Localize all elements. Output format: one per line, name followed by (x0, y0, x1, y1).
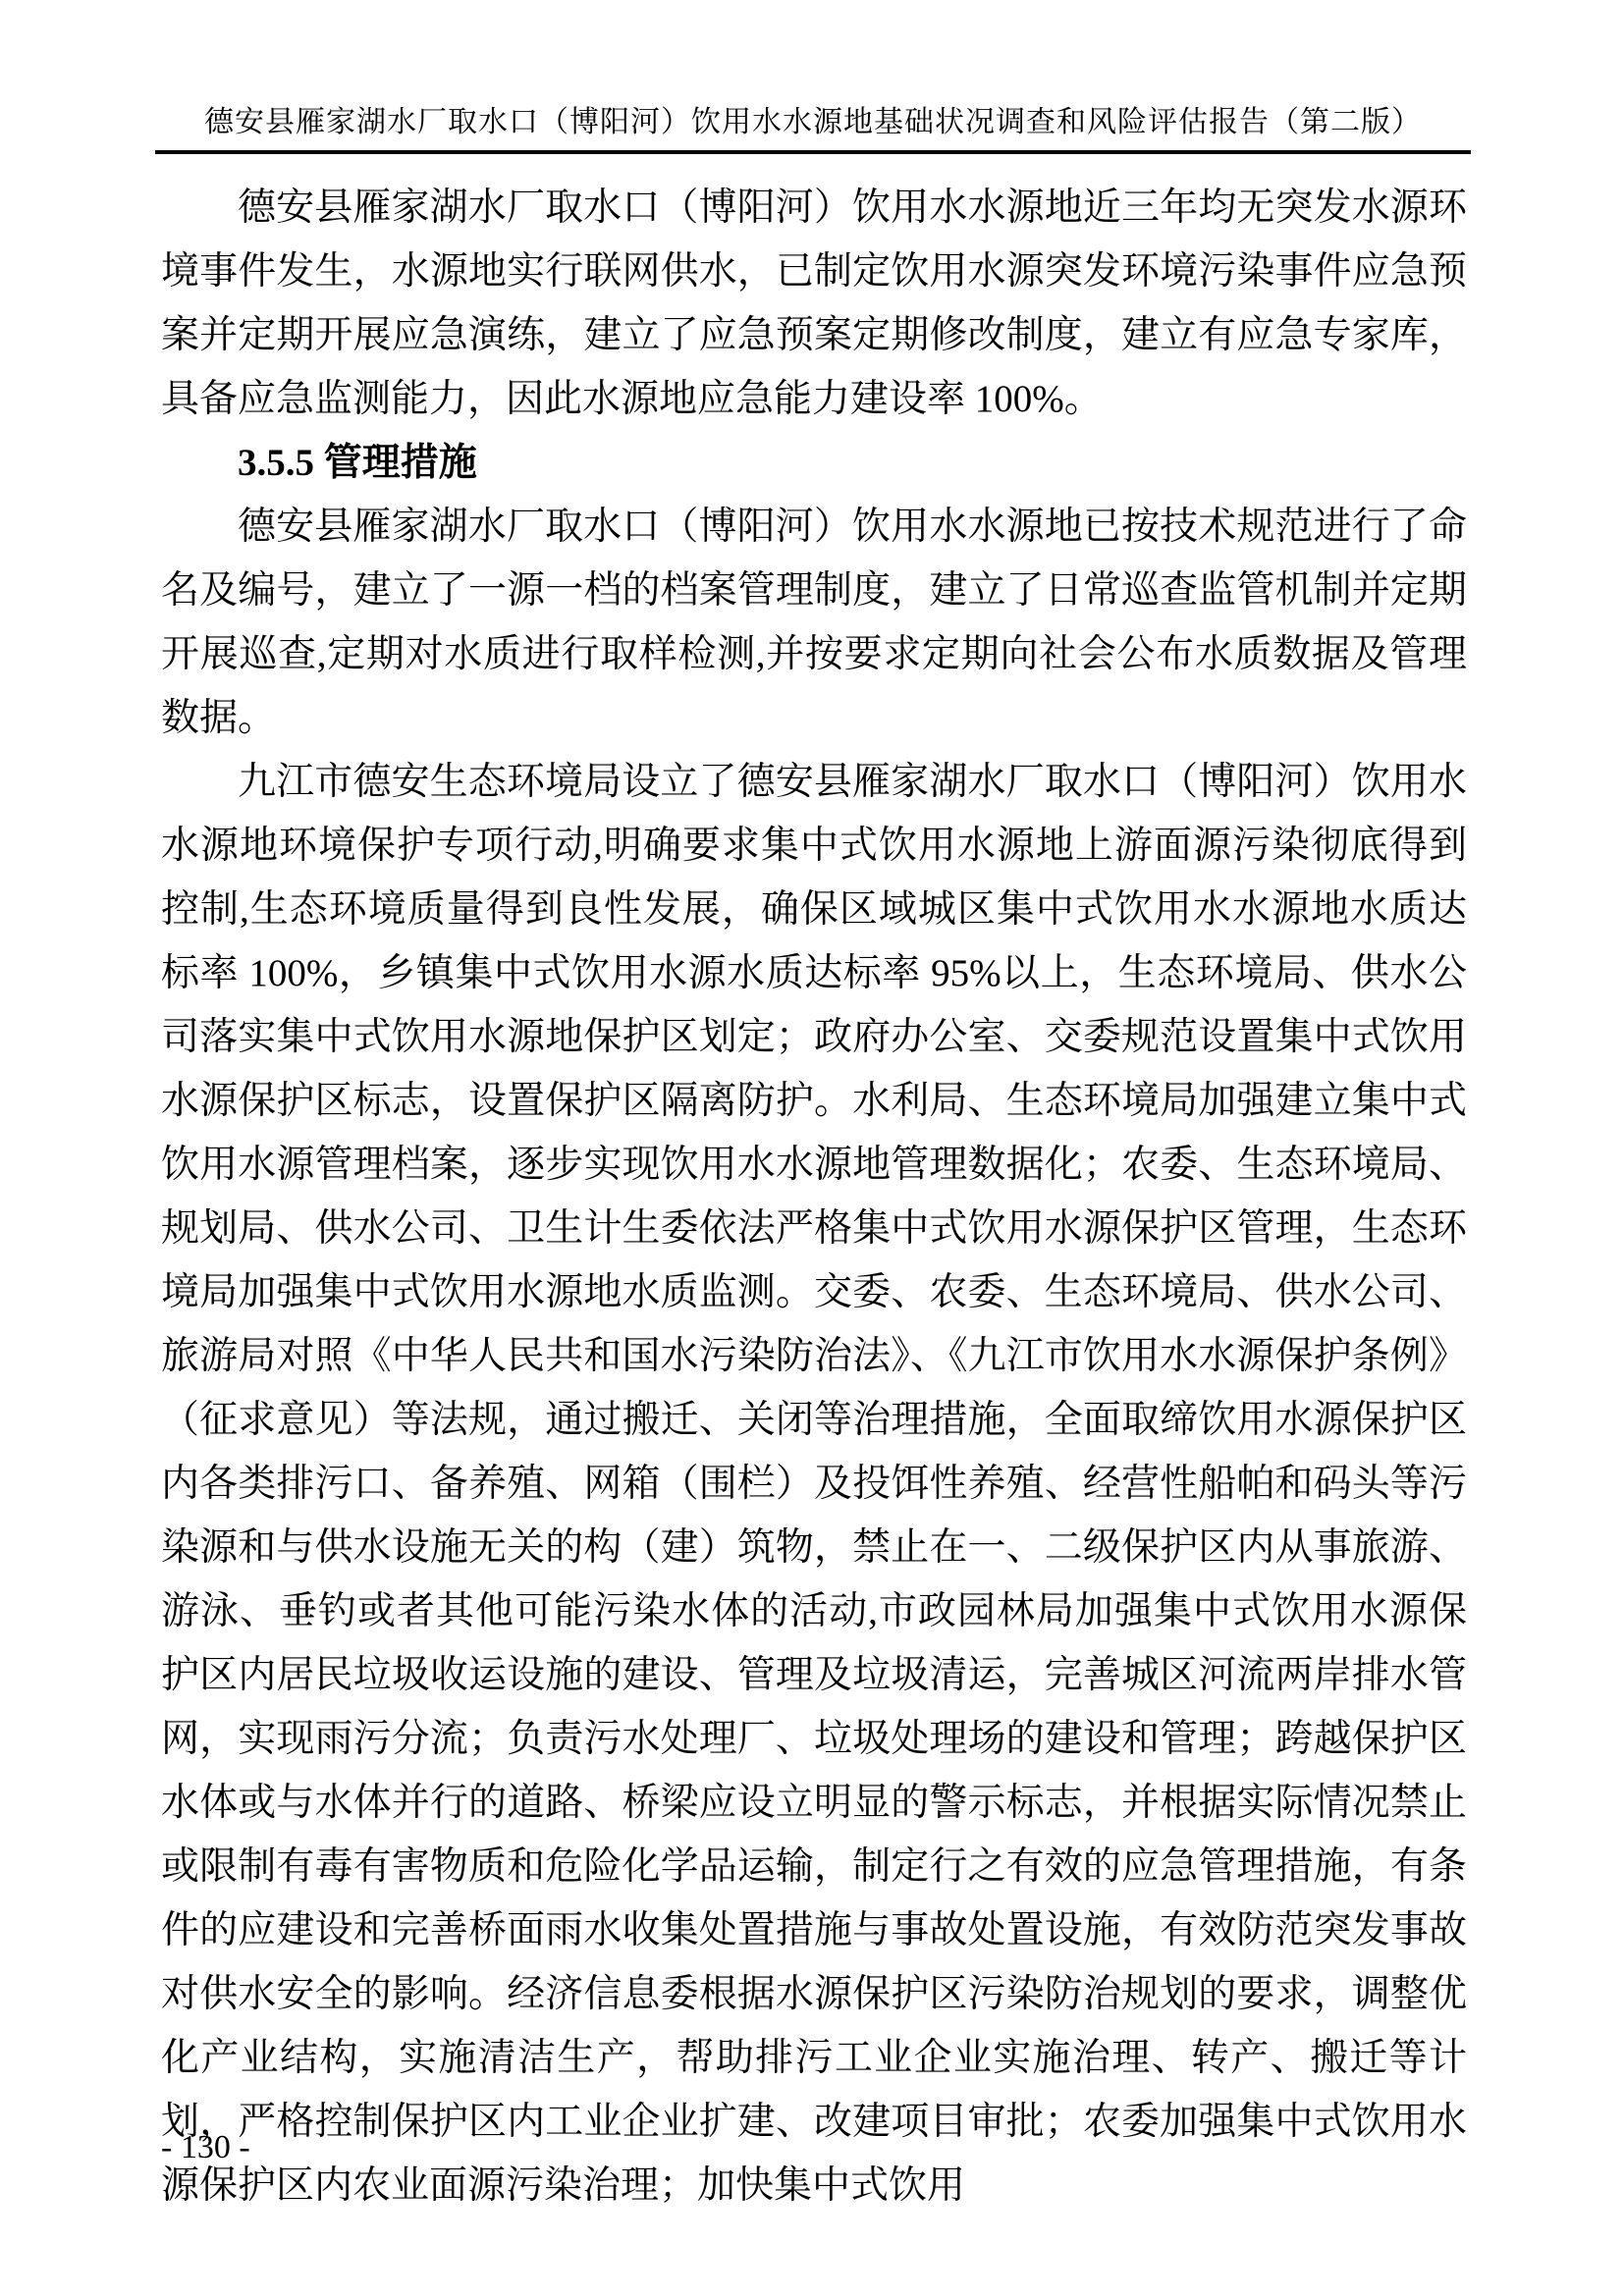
page-footer: - 130 - (161, 2128, 250, 2167)
document-page: 德安县雁家湖水厂取水口（博阳河）饮用水水源地基础状况调查和风险评估报告（第二版）… (0, 0, 1624, 2296)
report-title: 德安县雁家湖水厂取水口（博阳河）饮用水水源地基础状况调查和风险评估报告（第二版） (155, 104, 1471, 141)
paragraph-special-protection-action: 九江市德安生态环境局设立了德安县雁家湖水厂取水口（博阳河）饮用水水源地环境保护专… (161, 750, 1467, 2217)
section-heading-3-5-5: 3.5.5 管理措施 (161, 431, 1467, 495)
page-number: - 130 - (161, 2129, 250, 2165)
header-divider (155, 150, 1471, 154)
paragraph-management-measures: 德安县雁家湖水厂取水口（博阳河）饮用水水源地已按技术规范进行了命名及编号，建立了… (161, 495, 1467, 750)
page-header: 德安县雁家湖水厂取水口（博阳河）饮用水水源地基础状况调查和风险评估报告（第二版） (155, 104, 1471, 162)
paragraph-emergency-capability: 德安县雁家湖水厂取水口（博阳河）饮用水水源地近三年均无突发水源环境事件发生，水源… (161, 176, 1467, 431)
page-body: 德安县雁家湖水厂取水口（博阳河）饮用水水源地近三年均无突发水源环境事件发生，水源… (161, 176, 1467, 2217)
